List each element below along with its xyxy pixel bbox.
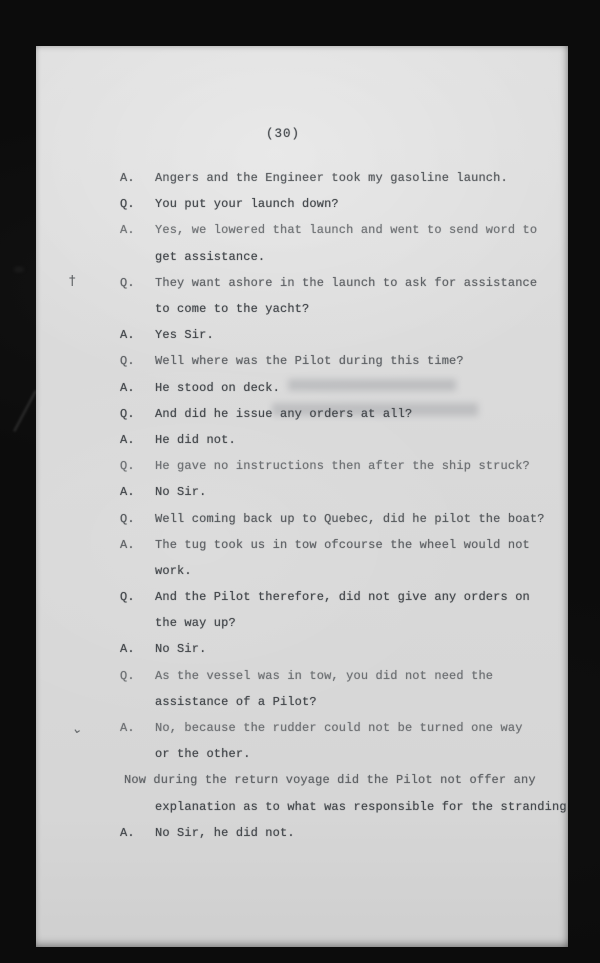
transcript-line-flush: Now during the return voyage did the Pil… xyxy=(120,767,550,793)
speaker-label: A. xyxy=(120,485,155,499)
line-text: Now during the return voyage did the Pil… xyxy=(124,773,536,787)
speaker-label: Q. xyxy=(120,590,155,604)
speaker-label: A. xyxy=(120,328,155,342)
line-text: Yes, we lowered that launch and went to … xyxy=(155,223,537,237)
transcript-line: Q.They want ashore in the launch to ask … xyxy=(120,270,550,296)
speaker-label: A. xyxy=(120,381,155,395)
line-text: Yes Sir. xyxy=(155,328,214,342)
line-text: No Sir. xyxy=(155,485,206,499)
transcript-line: Q.And the Pilot therefore, did not give … xyxy=(120,584,550,610)
transcript-line-continuation: get assistance. xyxy=(120,244,550,270)
transcript-line: Q.You put your launch down? xyxy=(120,191,550,217)
page-number: (30) xyxy=(266,127,326,141)
line-text: As the vessel was in tow, you did not ne… xyxy=(155,669,493,683)
line-text: And did he issue any orders at all? xyxy=(155,407,412,421)
speaker-label: A. xyxy=(120,642,155,656)
line-text: He gave no instructions then after the s… xyxy=(155,459,530,473)
margin-pencil-mark: † xyxy=(69,274,76,289)
transcript-line: A.He did not. xyxy=(120,427,550,453)
transcript-line: Q.Well coming back up to Quebec, did he … xyxy=(120,505,550,531)
line-text: get assistance. xyxy=(155,250,265,264)
transcript-line: Q.Well where was the Pilot during this t… xyxy=(120,348,550,374)
transcript-line-continuation: or the other. xyxy=(120,741,550,767)
transcript-line: A.No Sir, he did not. xyxy=(120,820,550,846)
speaker-label: Q. xyxy=(120,354,155,368)
speaker-label: A. xyxy=(120,721,155,735)
transcript-line: A.No Sir. xyxy=(120,479,550,505)
line-text: Well where was the Pilot during this tim… xyxy=(155,354,464,368)
transcript: A.Angers and the Engineer took my gasoli… xyxy=(120,165,550,846)
line-text: work. xyxy=(155,564,192,578)
speaker-label: Q. xyxy=(120,276,155,290)
speaker-label: A. xyxy=(120,538,155,552)
speaker-label: A. xyxy=(120,171,155,185)
line-text: No Sir, he did not. xyxy=(155,826,295,840)
line-text: assistance of a Pilot? xyxy=(155,695,317,709)
transcript-line: A.No, because the rudder could not be tu… xyxy=(120,715,550,741)
transcript-line: Q.And did he issue any orders at all? xyxy=(120,401,550,427)
line-text: explanation as to what was responsible f… xyxy=(155,800,567,814)
document-paper: (30) † ⌄ A.Angers and the Engineer took … xyxy=(36,46,568,947)
transcript-line: A.No Sir. xyxy=(120,636,550,662)
speaker-label: Q. xyxy=(120,197,155,211)
line-text: the way up? xyxy=(155,616,236,630)
line-text: Angers and the Engineer took my gasoline… xyxy=(155,171,508,185)
scratch-mark xyxy=(13,390,36,432)
line-text: The tug took us in tow ofcourse the whee… xyxy=(155,538,530,552)
margin-pencil-mark: ⌄ xyxy=(71,721,85,738)
scratch-mark xyxy=(14,268,24,271)
transcript-line: A.Yes Sir. xyxy=(120,322,550,348)
transcript-line: Q.He gave no instructions then after the… xyxy=(120,453,550,479)
line-text: He stood on deck. xyxy=(155,381,280,395)
speaker-label: Q. xyxy=(120,459,155,473)
speaker-label: A. xyxy=(120,826,155,840)
transcript-line: A.Angers and the Engineer took my gasoli… xyxy=(120,165,550,191)
transcript-line: A.The tug took us in tow ofcourse the wh… xyxy=(120,532,550,558)
transcript-line: A.He stood on deck. xyxy=(120,375,550,401)
transcript-line-continuation: assistance of a Pilot? xyxy=(120,689,550,715)
speaker-label: A. xyxy=(120,433,155,447)
transcript-line: A.Yes, we lowered that launch and went t… xyxy=(120,217,550,243)
scanned-page-background: (30) † ⌄ A.Angers and the Engineer took … xyxy=(0,0,600,963)
transcript-line-continuation: work. xyxy=(120,558,550,584)
speaker-label: Q. xyxy=(120,407,155,421)
line-text: They want ashore in the launch to ask fo… xyxy=(155,276,537,290)
speaker-label: Q. xyxy=(120,669,155,683)
transcript-line-continuation: to come to the yacht? xyxy=(120,296,550,322)
speaker-label: Q. xyxy=(120,512,155,526)
transcript-line-continuation: the way up? xyxy=(120,610,550,636)
line-text: And the Pilot therefore, did not give an… xyxy=(155,590,530,604)
line-text: No, because the rudder could not be turn… xyxy=(155,721,523,735)
line-text: to come to the yacht? xyxy=(155,302,309,316)
transcript-line: Q.As the vessel was in tow, you did not … xyxy=(120,663,550,689)
line-text: No Sir. xyxy=(155,642,206,656)
line-text: or the other. xyxy=(155,747,251,761)
line-text: He did not. xyxy=(155,433,236,447)
transcript-line-continuation: explanation as to what was responsible f… xyxy=(120,794,550,820)
line-text: You put your launch down? xyxy=(155,197,339,211)
line-text: Well coming back up to Quebec, did he pi… xyxy=(155,512,545,526)
speaker-label: A. xyxy=(120,223,155,237)
